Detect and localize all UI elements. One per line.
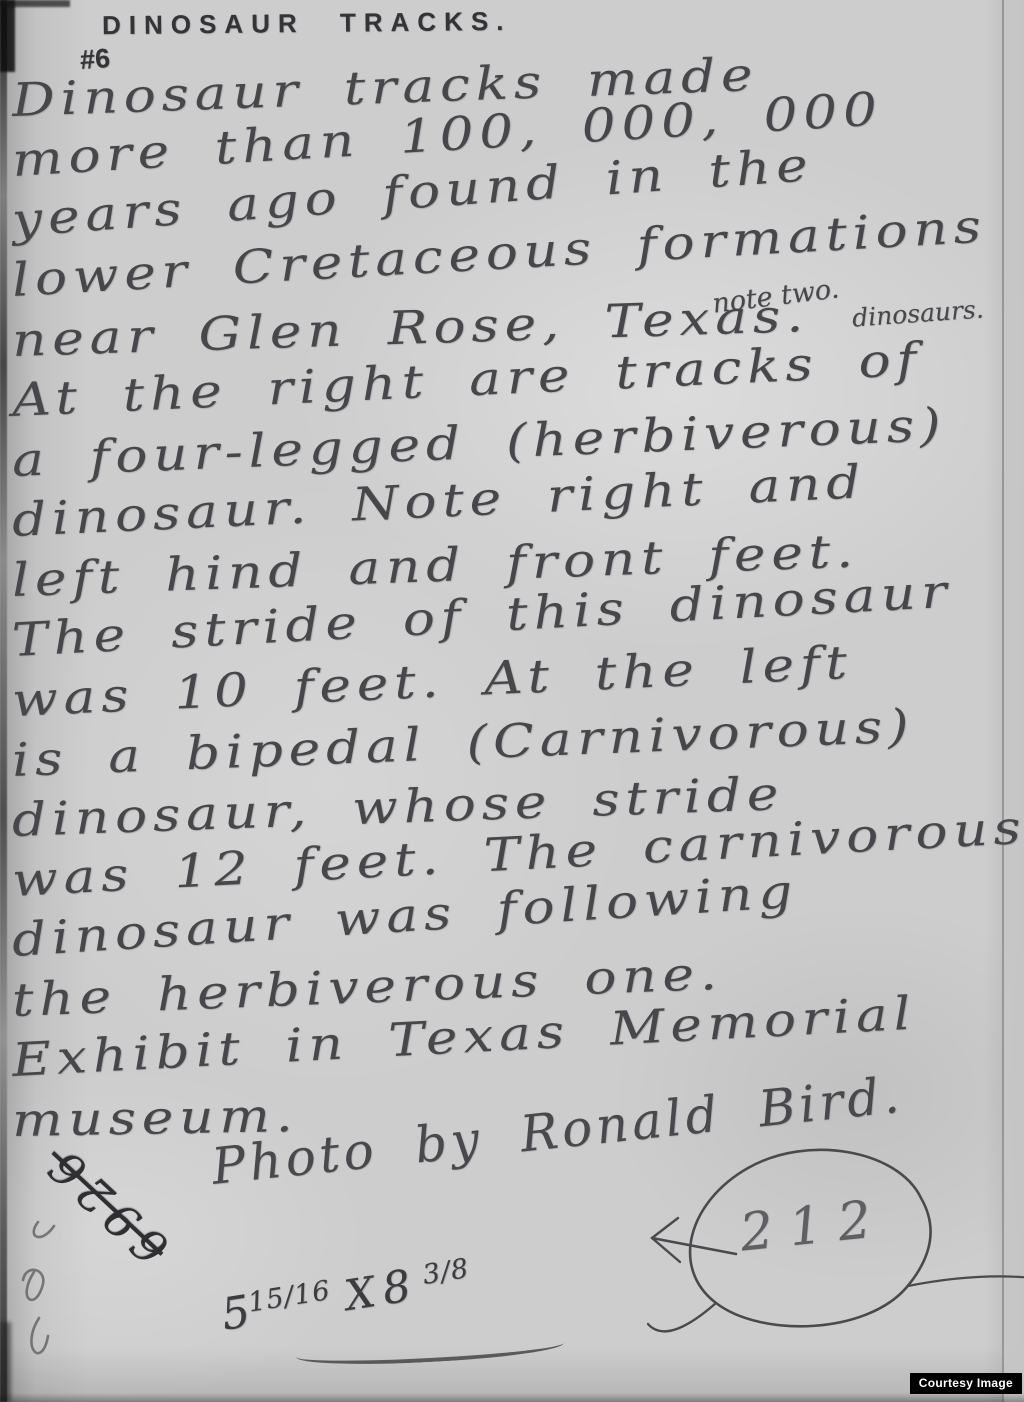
- scanned-note-page: DINOSAUR TRACKS. #6 Dinosaur tracks made…: [0, 0, 1024, 1402]
- dimensions-height-whole: 8: [379, 1260, 415, 1315]
- scan-left-edge: [0, 0, 7, 1402]
- scan-bottom-edge: [0, 1393, 1024, 1402]
- dimensions-underline: [296, 1337, 565, 1369]
- dimensions-height-fraction: 3/8: [421, 1253, 472, 1291]
- scan-top-edge: [0, 0, 70, 7]
- page-title: DINOSAUR TRACKS.: [102, 6, 512, 41]
- dimensions-width-fraction: 15/16: [246, 1275, 333, 1319]
- scan-topleft-mark: [0, 0, 15, 72]
- dimensions-separator: X: [341, 1267, 378, 1320]
- courtesy-badge: Courtesy Image: [910, 1373, 1022, 1394]
- note-body: Dinosaur tracks made more than 100, 000,…: [12, 70, 1012, 1150]
- dimensions-note: 515/16X8 3/8: [218, 1251, 474, 1341]
- margin-scribble: [6, 1214, 76, 1384]
